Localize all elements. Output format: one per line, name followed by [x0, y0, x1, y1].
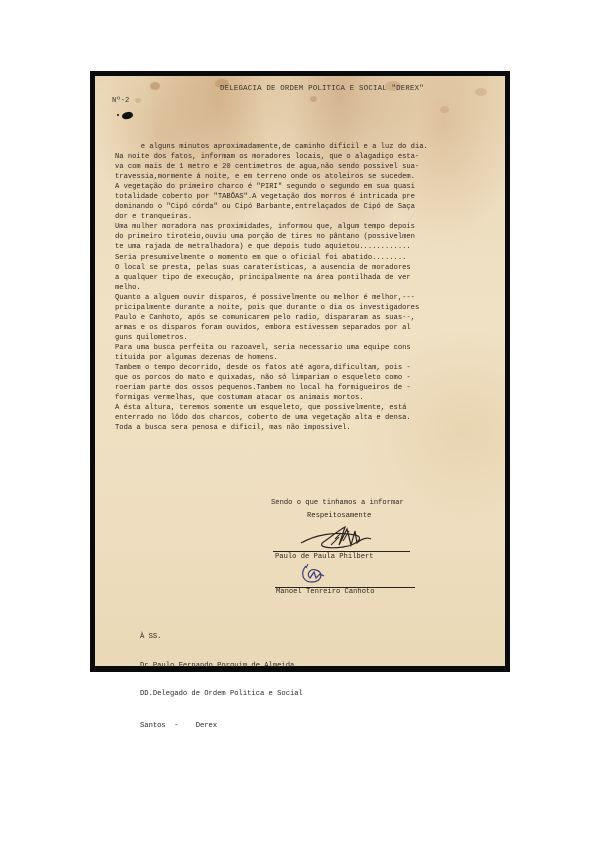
body-line: pricipalmente durante a noite, pois que … [115, 303, 487, 313]
closing-line: Sendo o que tinhamos a informar [271, 499, 404, 507]
body-line: Paulo e Canhoto, após se comunicarem pel… [115, 313, 487, 323]
body-line: totalidade coberto por "TABÔAS".A vegeta… [115, 192, 487, 202]
body-line: travessia,mormente á noite, e em terreno… [115, 172, 487, 182]
stain [135, 98, 141, 103]
addressee-city: Santos - Derex [140, 722, 303, 732]
body-line: A vegetação do primeiro charco é "PIRI" … [115, 182, 487, 192]
body-line: Tambem o tempo decorrido, desde os fatos… [115, 363, 487, 373]
ink-dot [117, 114, 119, 116]
body-line: Toda a busca sera penosa e dificil, mas … [115, 423, 487, 433]
addressee-name: Dr.Paulo Fernando Porquim de Almeida [140, 662, 303, 672]
addressee-salutation: À SS. [140, 633, 303, 643]
body-line: armas e os disparos foram ouvidos, embor… [115, 323, 487, 333]
signatory-2-name: Manoel Tenreiro Canhoto [276, 588, 375, 596]
closing-salutation: Respeitosamente [307, 512, 371, 520]
signatory-1-name: Paulo de Paula Philbert [275, 553, 374, 561]
document-number: Nº-2 [112, 97, 129, 105]
body-line: dominando o "Cipó córda" ou Cipó Barbant… [115, 202, 487, 212]
addressee-title: DD.Delegado de Ordem Politica e Social [140, 690, 303, 700]
body-line: e alguns minutos aproximadamente,de cami… [115, 142, 487, 152]
body-line: va com mais de 1 metro e 20 centimetros … [115, 162, 487, 172]
body-line: Quanto a alguem ouvir disparos, é possiv… [115, 293, 487, 303]
signature-line-1 [273, 551, 410, 552]
body-line: roeriam parte dos ossos pequenos.Tambem … [115, 383, 487, 393]
ink-blot [122, 111, 134, 119]
body-line: que os porcos do mato e quixadas, não só… [115, 373, 487, 383]
stain [150, 82, 160, 90]
body-line: dor e tranqueiras. [115, 212, 487, 222]
body-line: Seria presumivelmente o momento em que o… [115, 253, 487, 263]
stain [440, 106, 449, 113]
signature-2-scribble [298, 562, 328, 586]
body-line: Na noite dos fatos, informam os moradore… [115, 152, 487, 162]
body-line: Uma mulher moradora nas proximidades, in… [115, 222, 487, 232]
body-line: do primeiro tiroteio,ouviu uma porção de… [115, 232, 487, 242]
body-line: enterrado no lôdo dos charcos, coberto d… [115, 413, 487, 423]
document-header: DELEGACIA DE ORDEM POLITICA E SOCIAL "DE… [220, 85, 424, 93]
body-line: guns quilometros. [115, 333, 487, 343]
body-line: a qualquer tipo de execução, principalme… [115, 273, 487, 283]
body-line: tituida por algumas dezenas de homens. [115, 353, 487, 363]
document-body: e alguns minutos aproximadamente,de cami… [115, 142, 487, 433]
document-page: DELEGACIA DE ORDEM POLITICA E SOCIAL "DE… [95, 76, 505, 666]
stain [310, 96, 317, 102]
addressee-block: À SS. Dr.Paulo Fernando Porquim de Almei… [140, 614, 303, 750]
body-line: A ésta altura, teremos somente um esquel… [115, 403, 487, 413]
body-line: te uma rajada de metralhadora) e que dep… [115, 242, 487, 252]
body-line: O local se presta, pelas suas carateríst… [115, 263, 487, 273]
body-line: formigas vermelhas, que costumam atacar … [115, 393, 487, 403]
body-line: Para uma busca perfeita ou razoavel, ser… [115, 343, 487, 353]
body-line: melho. [115, 283, 487, 293]
signature-1-scribble [295, 525, 375, 553]
stain [475, 88, 487, 96]
